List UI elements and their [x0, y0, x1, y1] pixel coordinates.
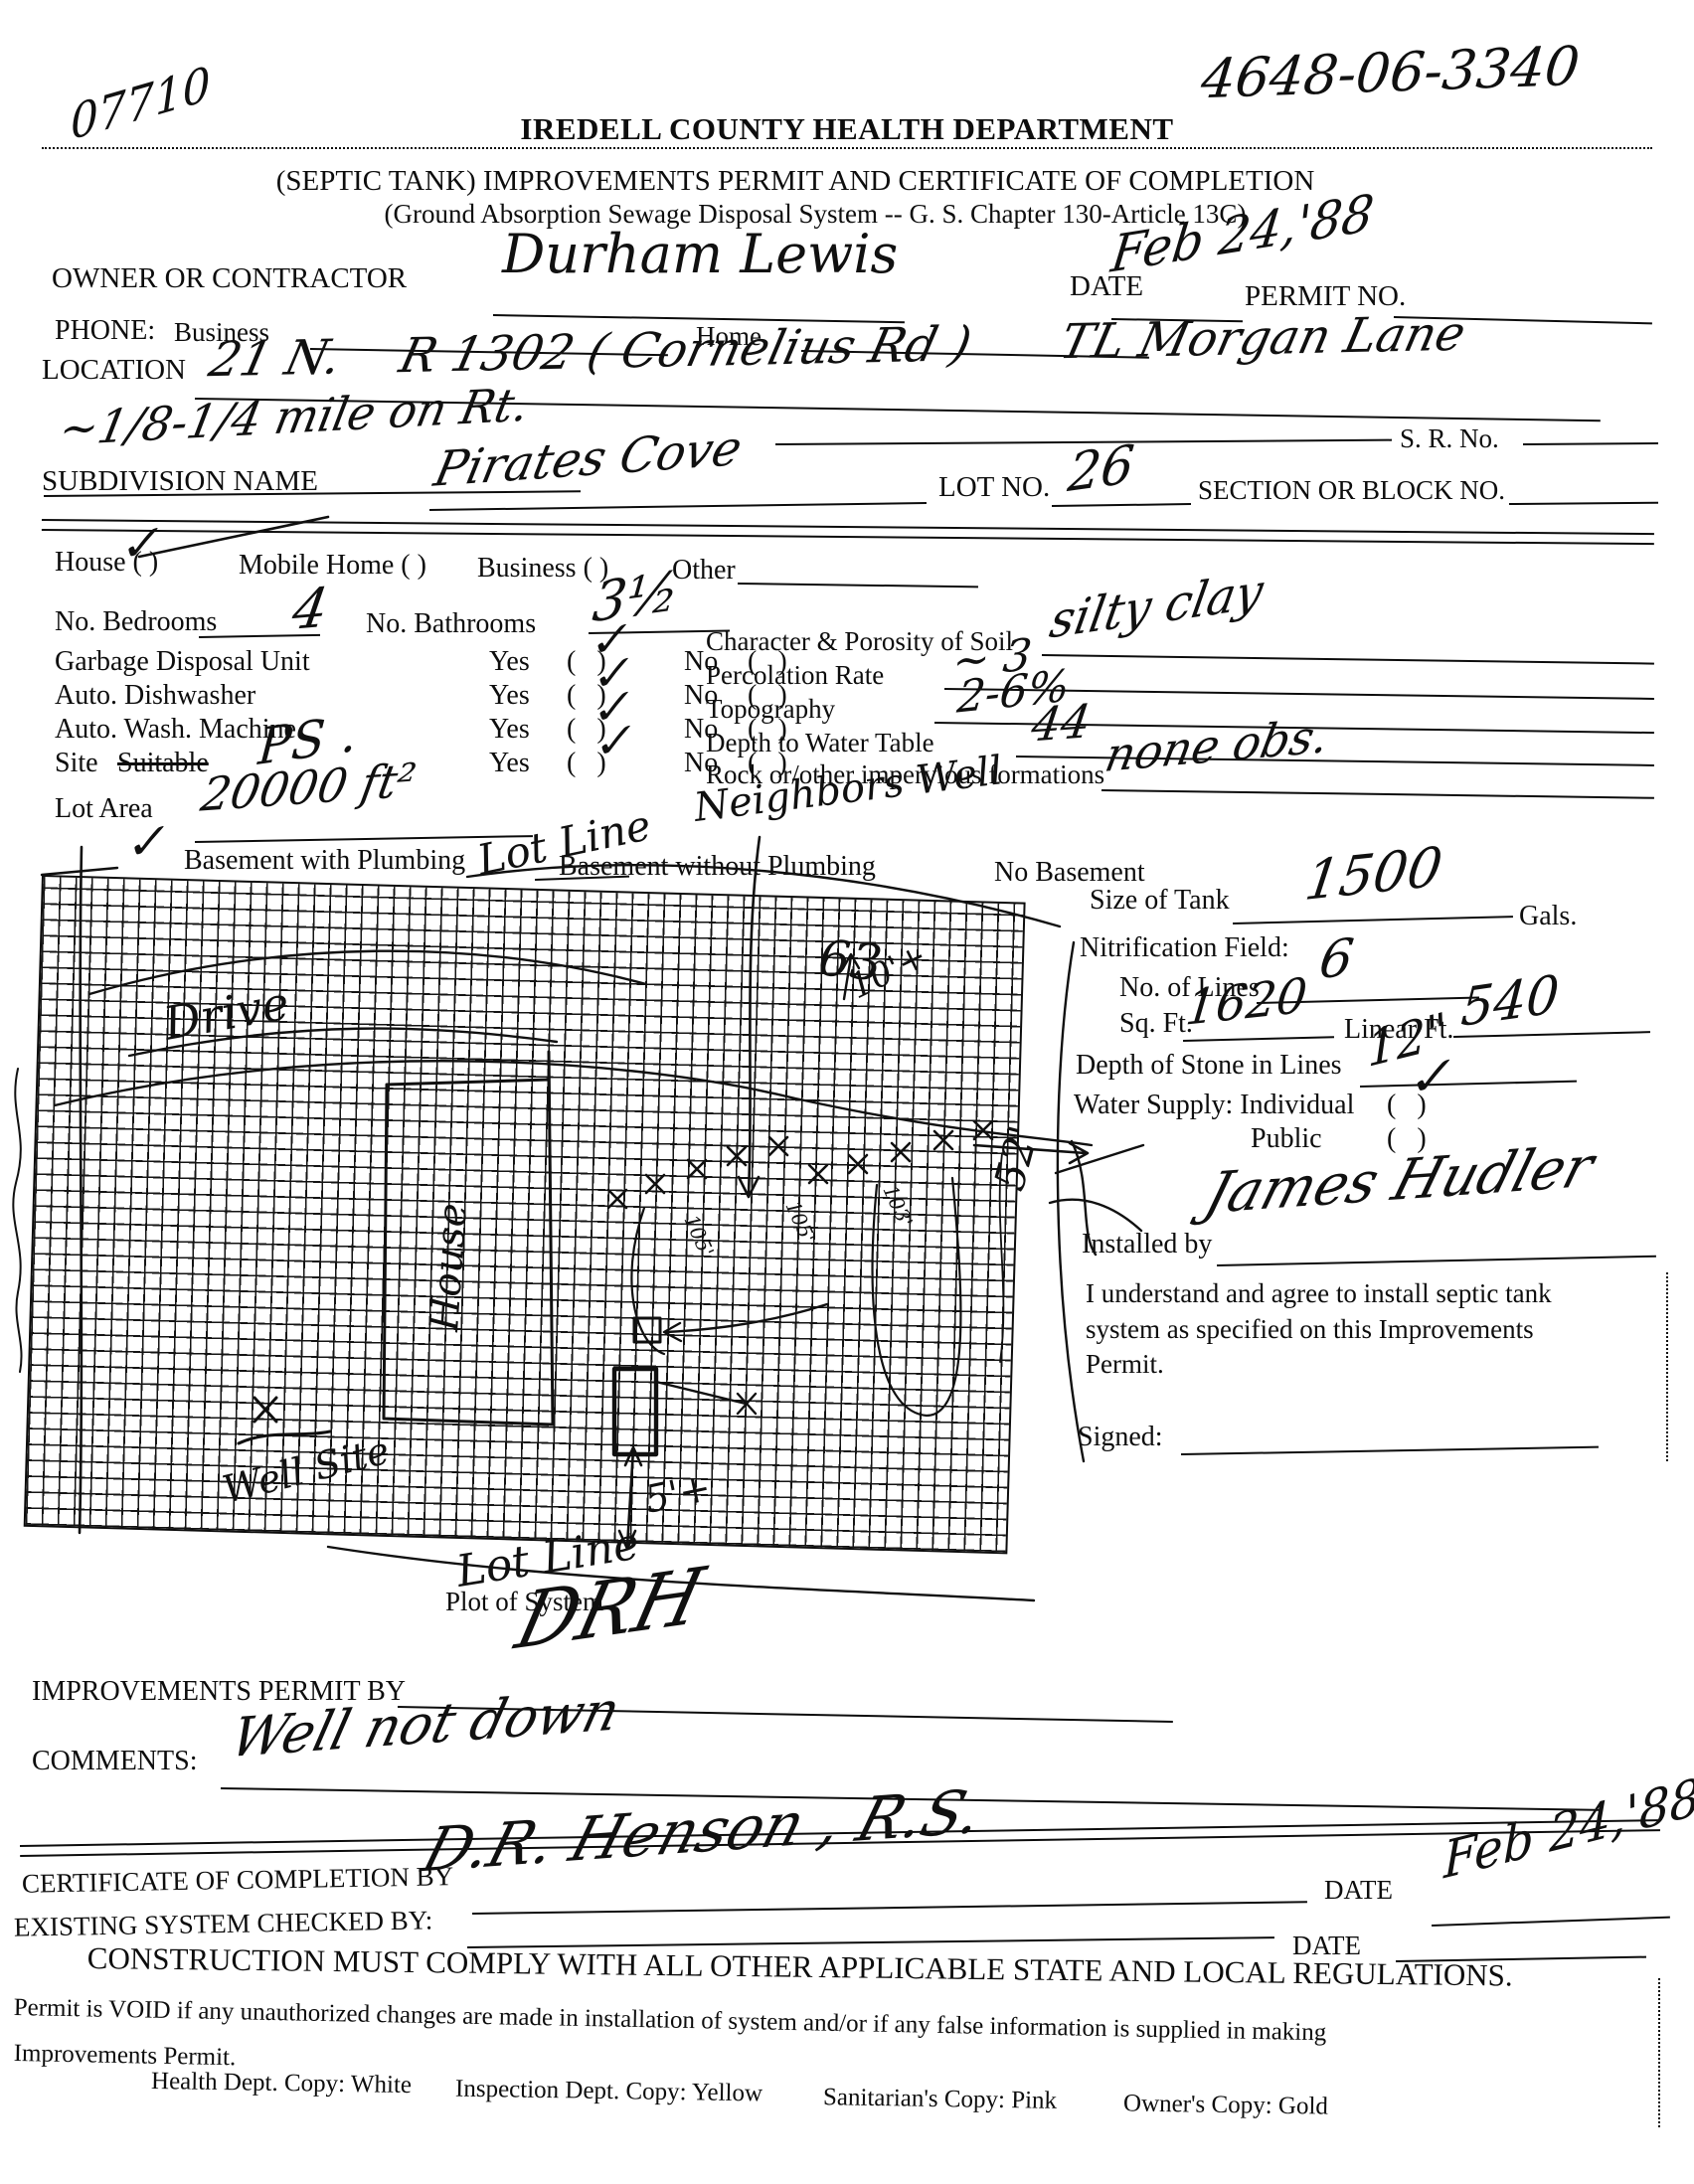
section-label: SECTION OR BLOCK NO.: [1198, 475, 1505, 506]
certificate-line: [472, 1901, 1307, 1915]
house-checkmark: ✓: [111, 515, 166, 572]
other-line: [738, 583, 978, 588]
section-divider: [42, 519, 1654, 545]
stone-depth-label: Depth of Stone in Lines: [1076, 1050, 1342, 1082]
owner-label: OWNER OR CONTRACTOR: [52, 262, 407, 295]
installed-by-label: Installed by: [1082, 1229, 1212, 1260]
nitrification-label: Nitrification Field:: [1080, 932, 1289, 964]
location-label: LOCATION: [42, 354, 186, 387]
subdivision-line: [429, 502, 927, 511]
soil-line: [1042, 654, 1654, 665]
scan-edge-dots: [1658, 1978, 1660, 2127]
copy-legend: Health Dept. Copy: White: [151, 2068, 412, 2100]
scan-edge-dots: [1666, 1272, 1668, 1461]
certificate-label: CERTIFICATE OF COMPLETION BY: [22, 1861, 454, 1900]
location-value: 21 N. R 1302 ( Cornelius Rd ) TL Morgan …: [204, 306, 1470, 389]
soil-label: Rock or/other impervious formations: [706, 759, 1104, 790]
septic-permit-form: 07710 4648-06-3340 IREDELL COUNTY HEALTH…: [0, 0, 1694, 2184]
bathrooms-label: No. Bathrooms: [366, 608, 536, 640]
section-line: [1509, 502, 1658, 505]
soil-line: [1101, 789, 1654, 799]
dwelling-mobile-home: Mobile Home ( ): [239, 550, 426, 582]
soil-value: silty clay: [1046, 563, 1268, 650]
stone-depth-line: [1360, 1081, 1577, 1088]
void-statement-2: Improvements Permit.: [13, 2040, 236, 2072]
bedrooms-label: No. Bedrooms: [55, 606, 217, 638]
signed-line: [1181, 1446, 1599, 1455]
appliance-label: Auto. Dishwasher: [55, 680, 255, 712]
reference-number: 4648-06-3340: [1198, 35, 1582, 111]
basement-with-plumbing-label: Basement with Plumbing: [184, 845, 465, 877]
lot-no-value: 26: [1066, 434, 1137, 505]
soil-label: Percolation Rate: [706, 660, 884, 691]
appliance-label: Garbage Disposal Unit: [55, 646, 310, 678]
soil-label: Topography: [706, 694, 835, 725]
sqft-value: 1620: [1183, 967, 1309, 1037]
linear-ft-value: 540: [1459, 964, 1562, 1039]
soil-label: Depth to Water Table: [706, 728, 934, 758]
dwelling-business: Business ( ): [477, 553, 608, 585]
no-of-lines-value: 6: [1315, 928, 1357, 991]
owner-value: Durham Lewis: [502, 223, 898, 285]
copy-legend: Sanitarian's Copy: Pink: [823, 2084, 1057, 2115]
basement-pre-line: [42, 868, 117, 875]
phone-label: PHONE:: [55, 315, 155, 347]
water-individual-checkmark: ✓: [1398, 1048, 1459, 1109]
tank-size-line: [1233, 916, 1513, 924]
sqft-label: Sq. Ft.: [1119, 1008, 1193, 1040]
water-public-label: Public: [1251, 1123, 1322, 1155]
page-title: IREDELL COUNTY HEALTH DEPARTMENT: [0, 111, 1694, 147]
soil-value: none obs.: [1101, 708, 1333, 782]
sr-line: [1523, 442, 1658, 445]
sr-no-label: S. R. No.: [1400, 423, 1499, 454]
copy-legend: Owner's Copy: Gold: [1123, 2090, 1328, 2120]
panel-brace: [1058, 942, 1084, 1461]
lot-area-value: 20000 ft²: [197, 753, 420, 822]
installer-agreement-text: I understand and agree to install septic…: [1086, 1276, 1614, 1383]
yes-label: Yes: [489, 748, 530, 779]
existing-system-label: EXISTING SYSTEM CHECKED BY:: [14, 1905, 433, 1942]
soil-value: 44: [1028, 694, 1094, 753]
tank-size-label: Size of Tank: [1090, 885, 1230, 917]
sqft-line: [1183, 1036, 1334, 1042]
tank-size-value: 1500: [1301, 835, 1446, 914]
bedrooms-value: 4: [288, 576, 332, 642]
plot-grid-paper: [24, 875, 1026, 1554]
lot-no-label: LOT NO.: [938, 471, 1050, 504]
margin-scribble: [13, 1069, 21, 1372]
void-statement: Permit is VOID if any unauthorized chang…: [13, 1994, 1326, 2047]
comments-label: COMMENTS:: [32, 1746, 197, 1777]
site-label: Site: [55, 748, 98, 779]
certificate-date-label: DATE: [1324, 1875, 1393, 1906]
gals-label: Gals.: [1519, 901, 1577, 932]
improvements-permit-signature: DRH: [508, 1549, 713, 1667]
basement-checkmark: ✓: [117, 813, 172, 870]
title-rule: [42, 147, 1652, 149]
yes-label: Yes: [489, 646, 530, 678]
installed-by-line: [1217, 1256, 1656, 1266]
basement-without-plumbing-label: Basement without Plumbing: [559, 851, 876, 883]
certificate-date-line: [1432, 1917, 1670, 1927]
water-supply-label: Water Supply: Individual: [1074, 1090, 1354, 1121]
subdivision-label: SUBDIVISION NAME: [42, 465, 318, 498]
signed-label: Signed:: [1078, 1422, 1163, 1453]
lot-area-line: [195, 835, 533, 843]
lot-no-line: [1052, 503, 1191, 507]
copy-legend: Inspection Dept. Copy: Yellow: [455, 2076, 762, 2108]
site-suitable-struck: Suitable: [117, 748, 209, 779]
yes-label: Yes: [489, 680, 530, 712]
certificate-date-value: Feb 24,'88: [1443, 1767, 1694, 1891]
yes-label: Yes: [489, 714, 530, 746]
